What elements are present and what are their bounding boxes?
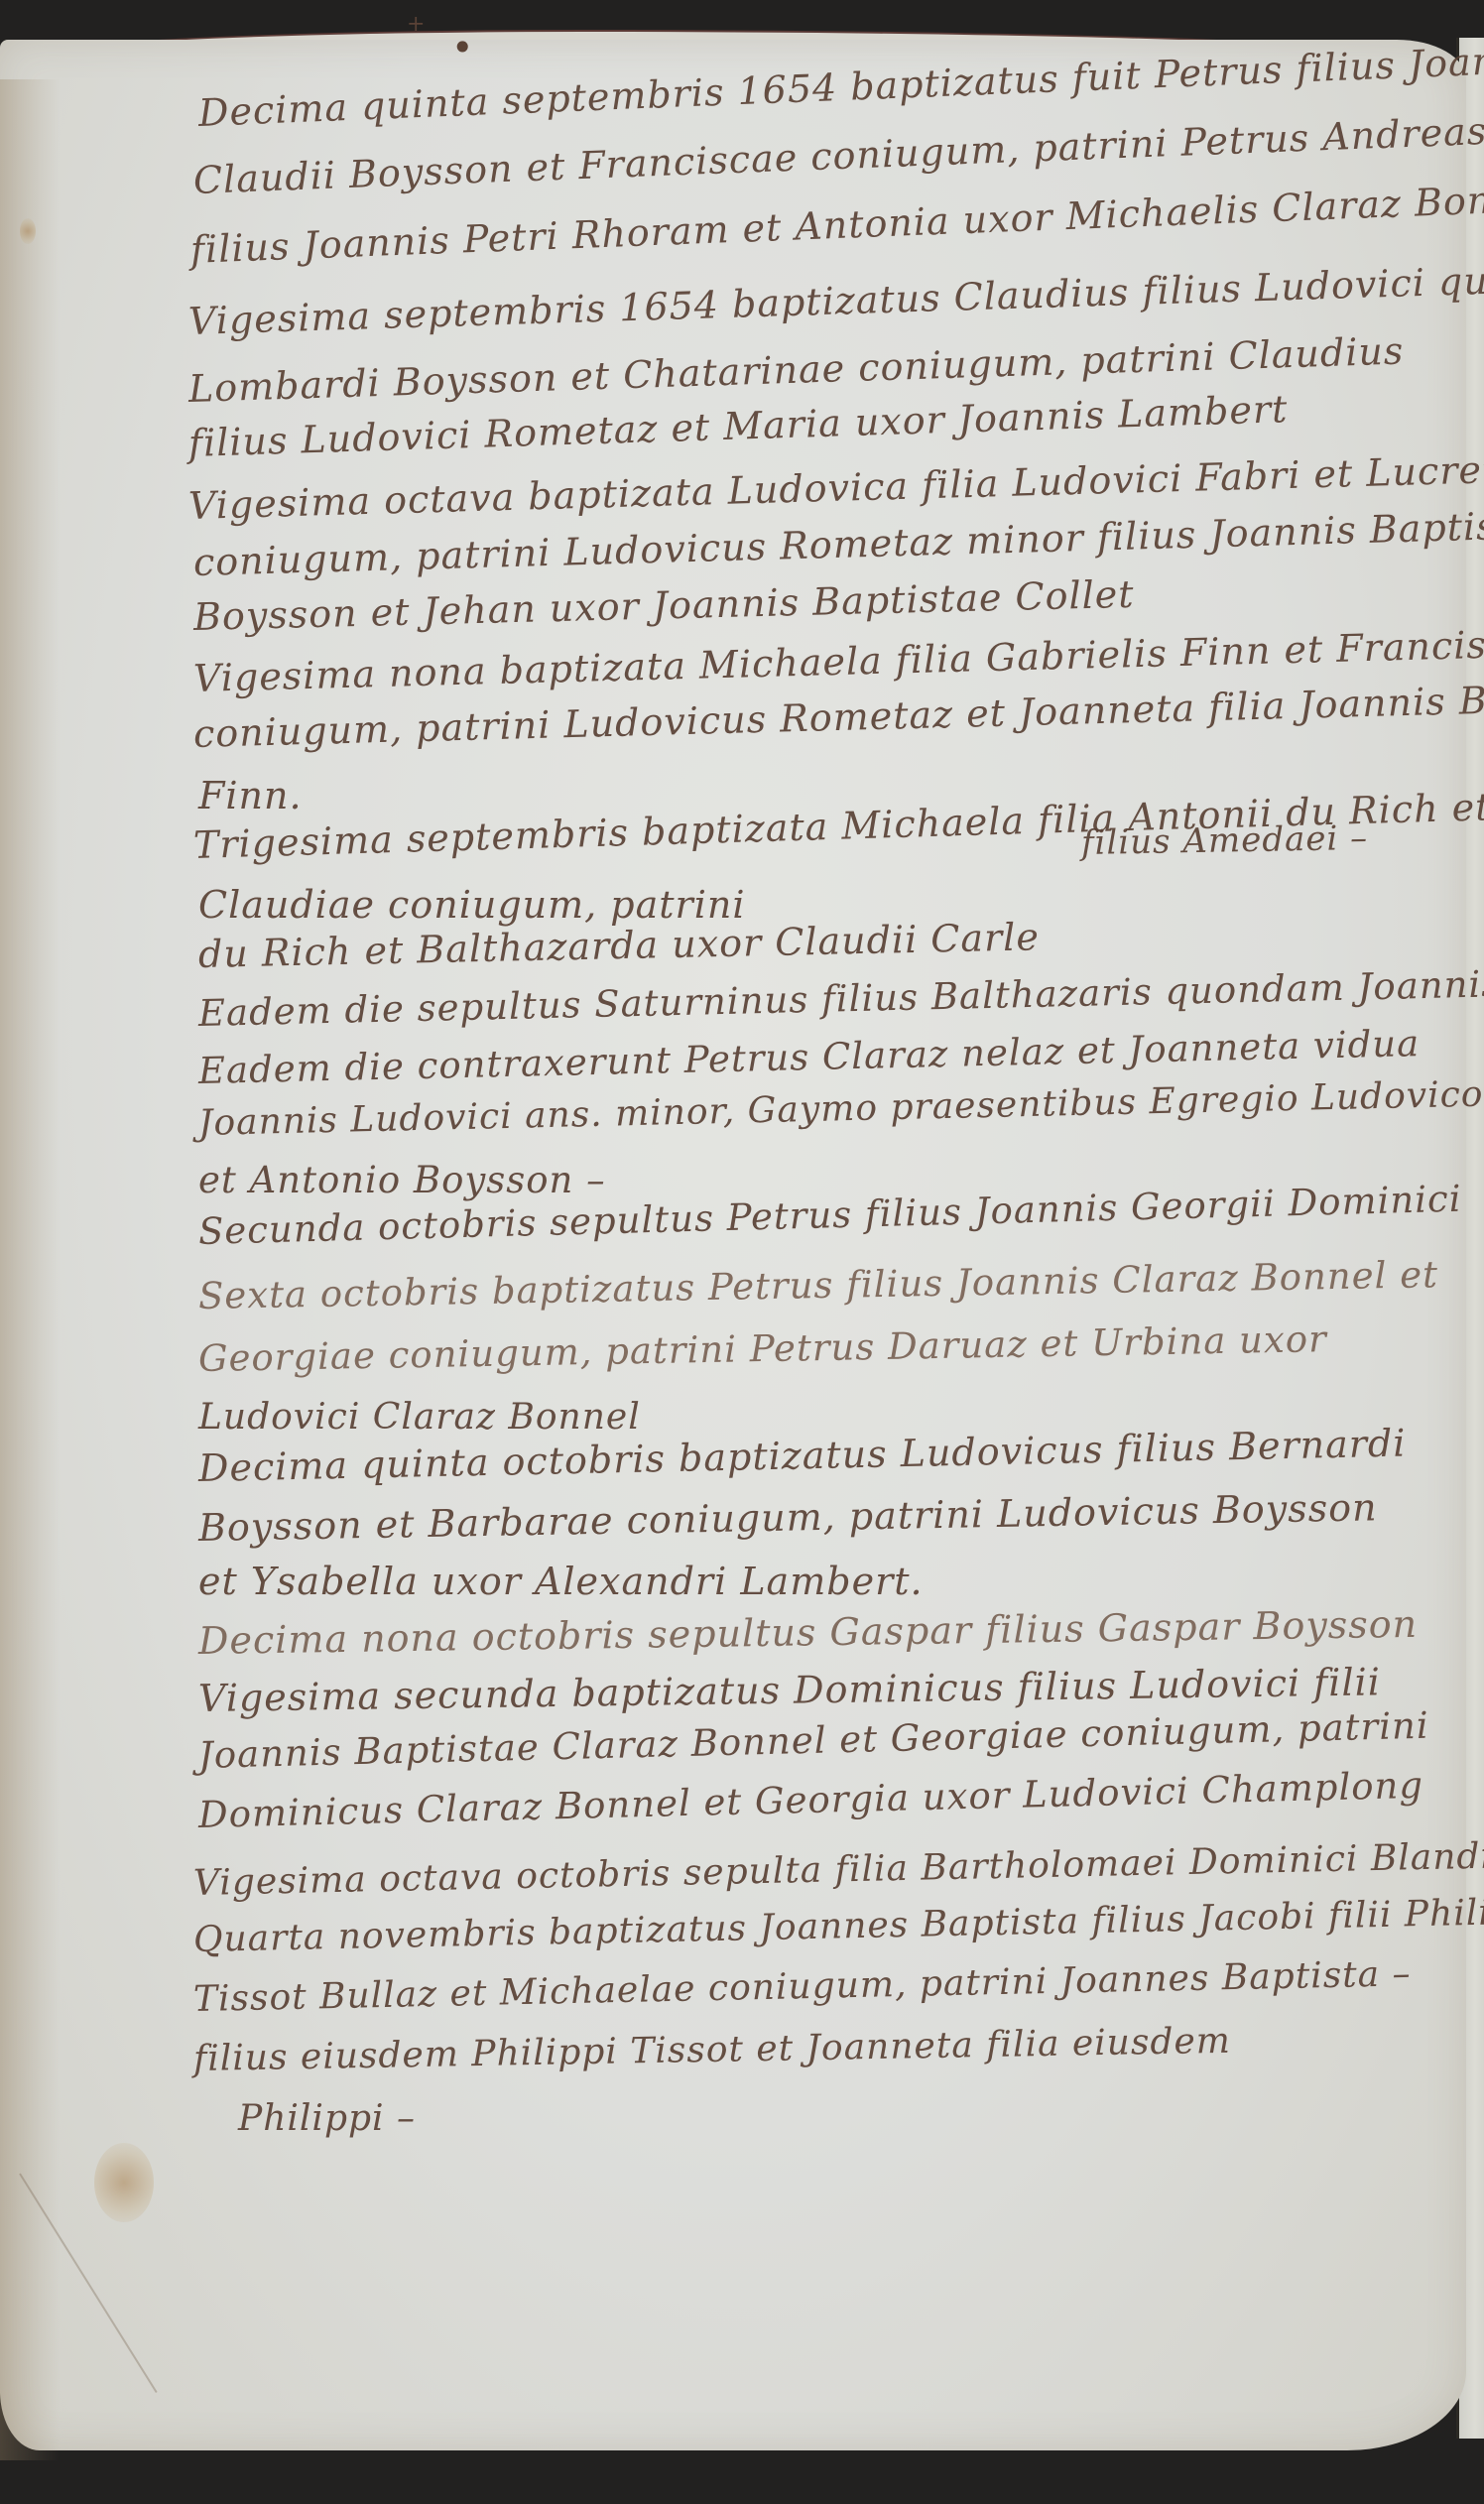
register-line-4: Vigesima septembris 1654 baptizatus Clau… [187,255,1484,343]
register-line-31: Vigesima octava octobris sepulta filia B… [193,1835,1484,1904]
register-annotation-14: filius Amedaei – [1081,818,1369,863]
manuscript-page: • + Decima quinta septembris 1654 baptiz… [0,40,1466,2450]
water-stain [94,2143,154,2222]
register-line-9: Boysson et Jehan uxor Joannis Baptistae … [192,572,1135,639]
register-line-12: Finn. [198,774,303,817]
register-line-34: filius eiusdem Philippi Tissot et Joanne… [193,2021,1232,2079]
register-line-23: Ludovici Claraz Bonnel [198,1397,641,1438]
register-line-25: Boysson et Barbarae coniugum, patrini Lu… [198,1485,1378,1550]
ink-blot-mark: • [451,26,473,69]
register-line-16: Eadem die sepultus Saturninus filius Bal… [198,961,1484,1035]
register-line-27: Decima nona octobris sepultus Gaspar fil… [198,1602,1419,1663]
register-line-22: Georgiae coniugum, patrini Petrus Daruaz… [198,1317,1327,1380]
register-line-21: Sexta octobris baptizatus Petrus filius … [198,1253,1439,1317]
cross-mark: + [407,12,425,37]
gutter-shadow [0,79,60,2460]
register-line-35: Philippi – [238,2098,416,2139]
register-line-14: Claudiae coniugum, patrini [198,883,746,927]
register-line-33: Tissot Bullaz et Michaelae coniugum, pat… [193,1953,1412,2020]
register-line-26: et Ysabella uxor Alexandri Lambert. [198,1560,924,1603]
register-line-30: Dominicus Claraz Bonnel et Georgia uxor … [197,1764,1423,1836]
register-line-32: Quarta novembris baptizatus Joannes Bapt… [193,1891,1484,1960]
register-line-19: et Antonio Boysson – [198,1159,606,1201]
water-stain-small [20,218,36,244]
